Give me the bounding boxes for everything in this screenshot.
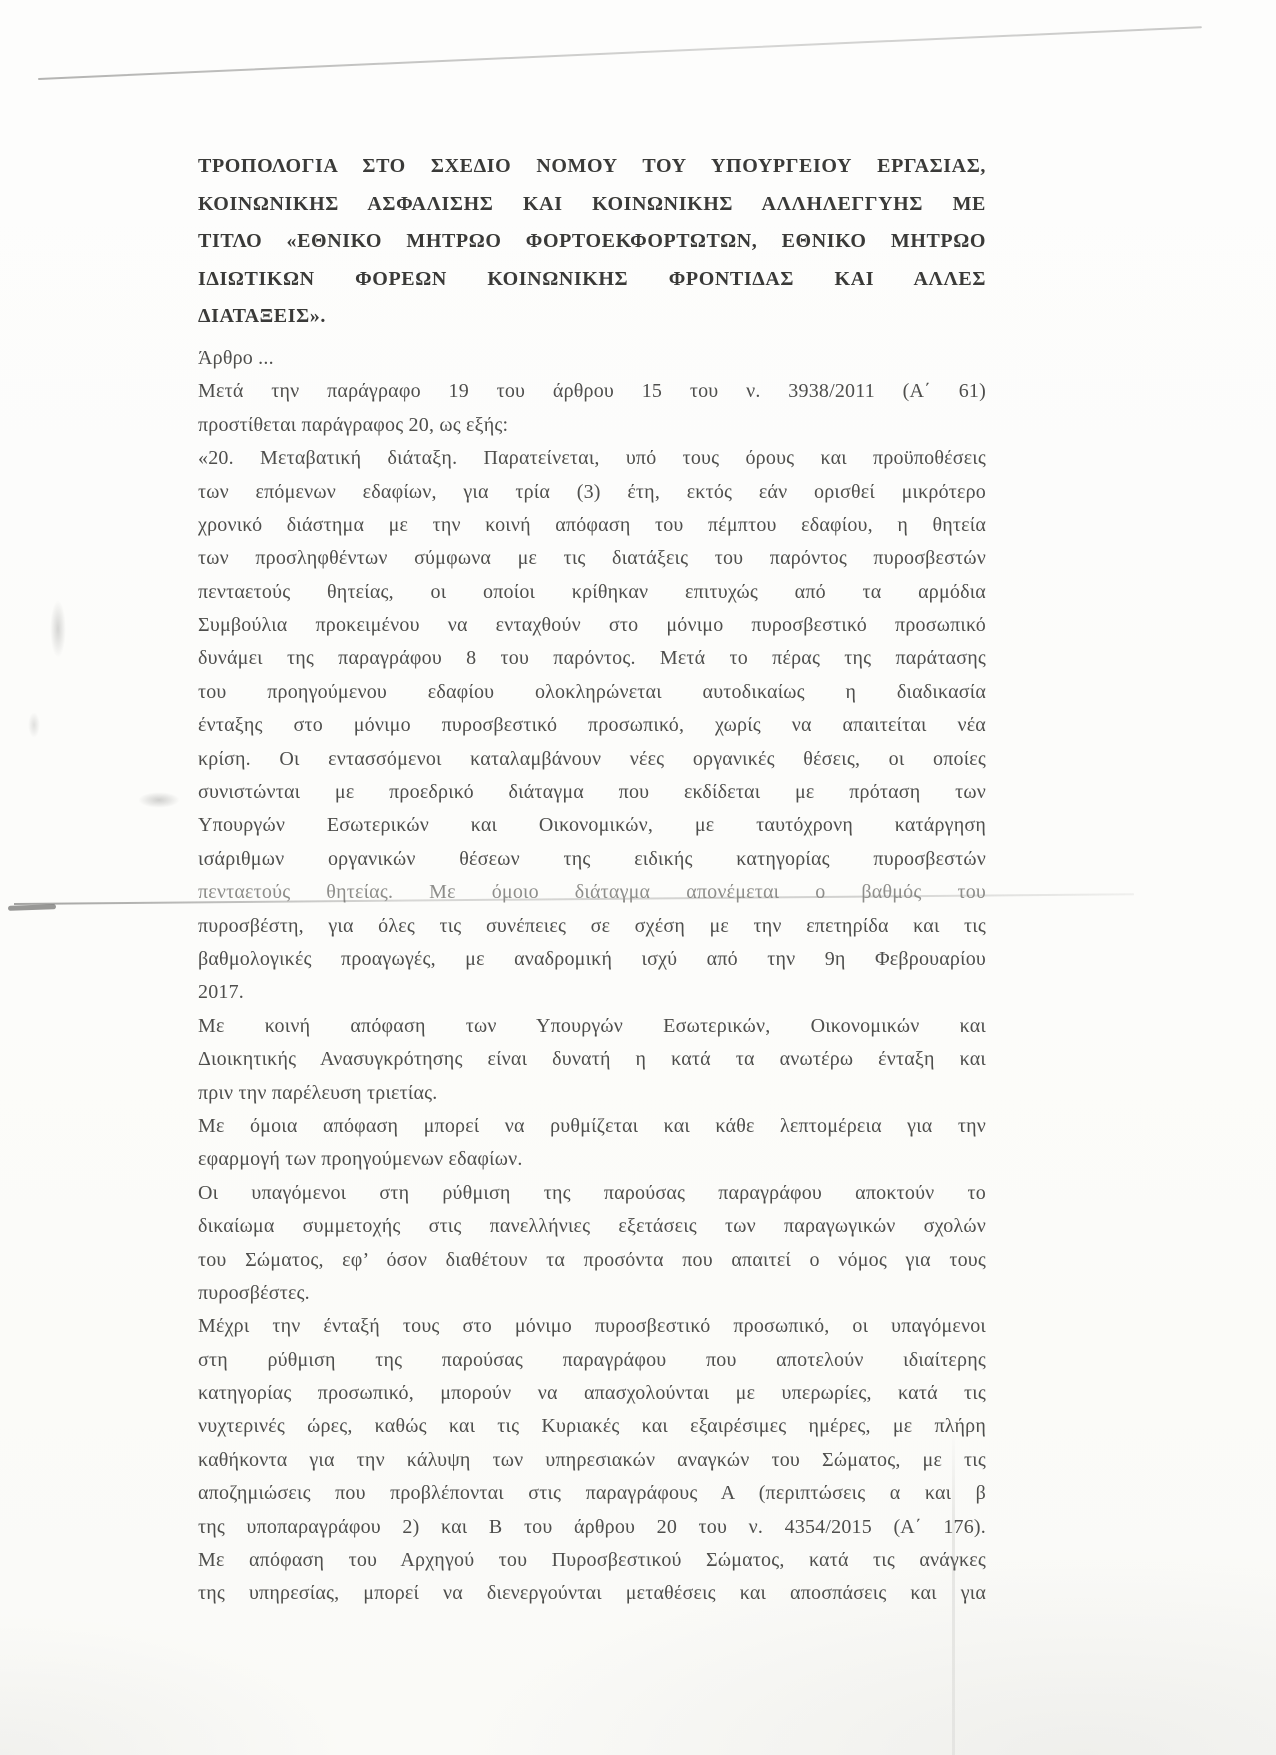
text-line: στη ρύθμιση της παρούσας παραγράφου που … [198,1344,986,1377]
text-line: της υπηρεσίας, μπορεί να διενεργούνται μ… [198,1577,986,1610]
text-line: δικαίωμα συμμετοχής στις πανελλήνιες εξε… [198,1210,986,1243]
text-line: δυνάμει της παραγράφου 8 του παρόντος. Μ… [198,642,986,675]
text-line: Μέχρι την ένταξή τους στο μόνιμο πυροσβε… [198,1310,986,1343]
title-line: ΤΙΤΛΟ «ΕΘΝΙΚΟ ΜΗΤΡΩΟ ΦΟΡΤΟΕΚΦΟΡΤΩΤΩΝ, ΕΘ… [198,223,986,261]
text-line: βαθμολογικές προαγωγές, με αναδρομική ισ… [198,943,986,976]
text-line: πριν την παρέλευση τριετίας. [198,1077,986,1110]
block-intro: Μετά την παράγραφο 19 του άρθρου 15 του … [198,375,986,442]
text-line: των προσληφθέντων σύμφωνα με τις διατάξε… [198,542,986,575]
text-line: «20. Μεταβατική διάταξη. Παρατείνεται, υ… [198,442,986,475]
fold-crease-dash [8,904,56,911]
block-title: ΤΡΟΠΟΛΟΓΙΑ ΣΤΟ ΣΧΕΔΙΟ ΝΟΜΟΥ ΤΟΥ ΥΠΟΥΡΓΕΙ… [198,148,986,336]
title-line: ΙΔΙΩΤΙΚΩΝ ΦΟΡΕΩΝ ΚΟΙΝΩΝΙΚΗΣ ΦΡΟΝΤΙΔΑΣ ΚΑ… [198,261,986,299]
block-joint-decision: Με κοινή απόφαση των Υπουργών Εσωτερικών… [198,1010,986,1110]
text-line: Διοικητικής Ανασυγκρότησης είναι δυνατή … [198,1043,986,1076]
text-line: πενταετούς θητείας. Με όμοιο διάταγμα απ… [198,876,986,909]
text-line: ισάριθμων οργανικών θέσεων της ειδικής κ… [198,843,986,876]
text-line: πυροσβέστη, για όλες τις συνέπειες σε σχ… [198,910,986,943]
block-until-integration: Μέχρι την ένταξή τους στο μόνιμο πυροσβε… [198,1310,986,1611]
scanned-document-page: ΤΡΟΠΟΛΟΓΙΑ ΣΤΟ ΣΧΕΔΙΟ ΝΟΜΟΥ ΤΟΥ ΥΠΟΥΡΓΕΙ… [0,0,1276,1755]
text-line: πενταετούς θητείας, οι οποίοι κρίθηκαν ε… [198,576,986,609]
scan-smudge [50,600,66,658]
text-line: Με κοινή απόφαση των Υπουργών Εσωτερικών… [198,1010,986,1043]
scan-smudge [28,712,40,738]
text-line: Με όμοια απόφαση μπορεί να ρυθμίζεται κα… [198,1110,986,1143]
text-line: Οι υπαγόμενοι στη ρύθμιση της παρούσας π… [198,1177,986,1210]
block-similar-decision: Με όμοια απόφαση μπορεί να ρυθμίζεται κα… [198,1110,986,1177]
text-line: Με απόφαση του Αρχηγού του Πυροσβεστικού… [198,1544,986,1577]
text-line: νυχτερινές ώρες, καθώς και τις Κυριακές … [198,1410,986,1443]
title-line: ΔΙΑΤΑΞΕΙΣ». [198,298,986,336]
text-line: πυροσβέστες. [198,1277,986,1310]
text-line: προστίθεται παράγραφος 20, ως εξής: [198,409,986,442]
text-line: του Σώματος, εφ’ όσον διαθέτουν τα προσό… [198,1244,986,1277]
title-line: ΤΡΟΠΟΛΟΓΙΑ ΣΤΟ ΣΧΕΔΙΟ ΝΟΜΟΥ ΤΟΥ ΥΠΟΥΡΓΕΙ… [198,148,986,186]
text-line: της υποπαραγράφου 2) και Β του άρθρου 20… [198,1511,986,1544]
text-line: 2017. [198,976,986,1009]
text-line: του προηγούμενου εδαφίου ολοκληρώνεται α… [198,676,986,709]
text-line: Μετά την παράγραφο 19 του άρθρου 15 του … [198,375,986,408]
text-line: Συμβούλια προκειμένου να ενταχθούν στο μ… [198,609,986,642]
paper-edge-line [38,26,1202,80]
text-line: των επόμενων εδαφίων, για τρία (3) έτη, … [198,476,986,509]
text-line: καθήκοντα για την κάλυψη των υπηρεσιακών… [198,1444,986,1477]
text-line: Άρθρο ... [198,342,986,375]
block-article-heading: Άρθρο ... [198,342,986,375]
text-line: ένταξης στο μόνιμο πυροσβεστικό προσωπικ… [198,709,986,742]
text-line: εφαρμογή των προηγούμενων εδαφίων. [198,1143,986,1176]
block-exam-rights: Οι υπαγόμενοι στη ρύθμιση της παρούσας π… [198,1177,986,1311]
text-line: χρονικό διάστημα με την κοινή απόφαση το… [198,509,986,542]
text-line: Υπουργών Εσωτερικών και Οικονομικών, με … [198,809,986,842]
block-paragraph-20: «20. Μεταβατική διάταξη. Παρατείνεται, υ… [198,442,986,1010]
title-line: ΚΟΙΝΩΝΙΚΗΣ ΑΣΦΑΛΙΣΗΣ ΚΑΙ ΚΟΙΝΩΝΙΚΗΣ ΑΛΛΗ… [198,186,986,224]
text-line: συνιστώνται με προεδρικό διάταγμα που εκ… [198,776,986,809]
text-line: κρίση. Οι εντασσόμενοι καταλαμβάνουν νέε… [198,743,986,776]
scan-smudge [138,792,180,808]
document-content: ΤΡΟΠΟΛΟΓΙΑ ΣΤΟ ΣΧΕΔΙΟ ΝΟΜΟΥ ΤΟΥ ΥΠΟΥΡΓΕΙ… [198,148,986,1611]
text-line: κατηγορίας προσωπικό, μπορούν να απασχολ… [198,1377,986,1410]
text-line: αποζημιώσεις που προβλέπονται στις παραγ… [198,1477,986,1510]
